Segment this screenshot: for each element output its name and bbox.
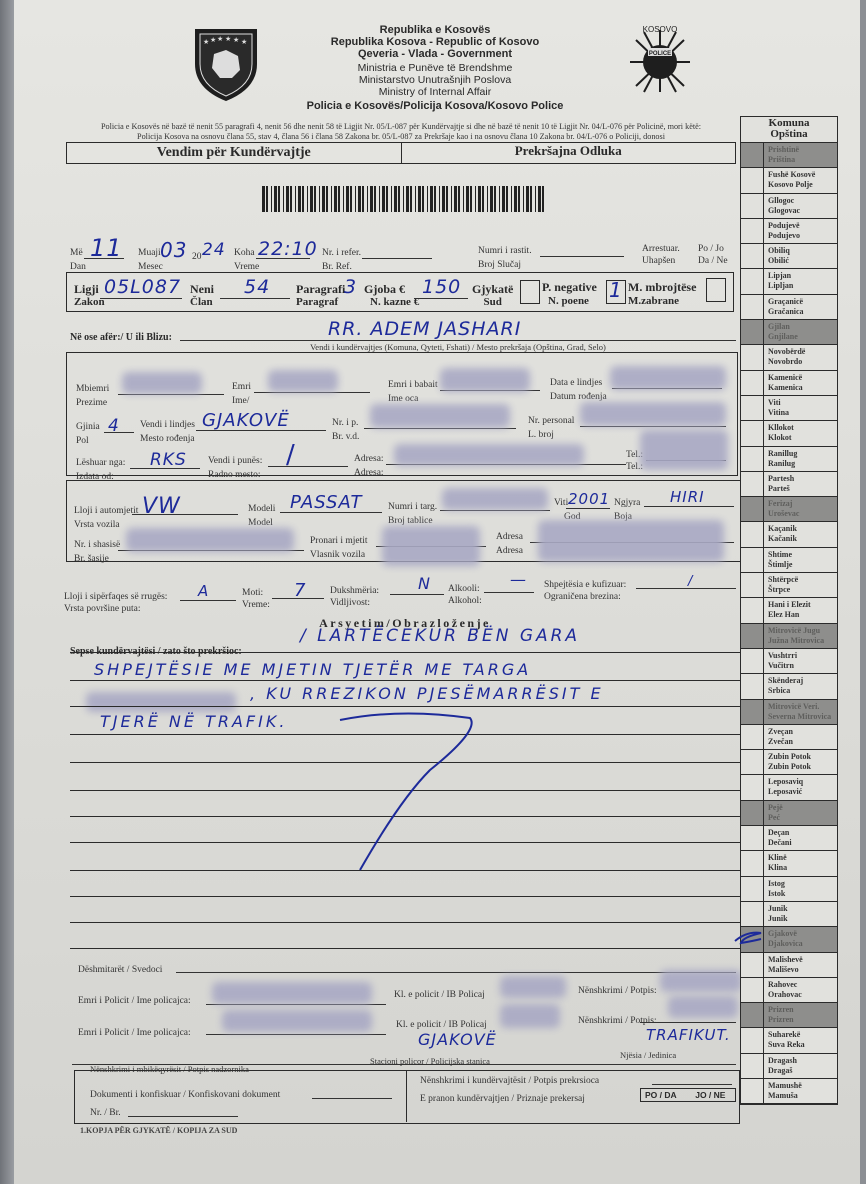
- address-label-sr: Adresa:: [354, 468, 384, 478]
- time-label: Koha: [234, 248, 259, 258]
- municipality-checkbox[interactable]: [741, 421, 764, 445]
- id-card-field[interactable]: [364, 428, 516, 429]
- municipality-checkbox[interactable]: [741, 851, 764, 875]
- speed-limit-label: Shpejtësia e kufizuar:: [544, 580, 626, 590]
- court-label-sr: Sud: [472, 296, 513, 308]
- workplace-label: Vendi i punës:: [208, 456, 262, 466]
- municipality-name: GllogocGlogovac: [764, 194, 837, 218]
- municipality-name: KamenicëKamenica: [764, 371, 837, 395]
- law-value[interactable]: 05L087: [104, 276, 181, 298]
- municipality-item[interactable]: GraçanicëGračanica: [741, 295, 837, 320]
- municipality-name: DeçanDečani: [764, 826, 837, 850]
- birthplace-label-sr: Mesto rođenja: [140, 434, 195, 444]
- doc-number-label: Nr. / Br.: [90, 1108, 121, 1118]
- doc-number-field[interactable]: [128, 1116, 238, 1117]
- location-caption: Vendi i kundërvajtjes (Komuna, Qyteti, F…: [180, 342, 736, 352]
- arrested-label-sr: Uhapšen: [642, 256, 680, 266]
- municipality-checkbox[interactable]: [741, 168, 764, 192]
- fine-label-sr: N. kazne €: [370, 296, 419, 308]
- municipality-name: FerizajUroševac: [764, 497, 837, 521]
- visibility-label-sr: Vidljivost:: [330, 598, 379, 608]
- municipality-name: SkënderajSrbica: [764, 674, 837, 698]
- municipality-checkbox[interactable]: [741, 624, 764, 648]
- police-station-label: Stacioni policor / Policijska stanica: [370, 1056, 490, 1066]
- municipality-item[interactable]: PejëPeć: [741, 801, 837, 826]
- municipality-checkbox[interactable]: [741, 775, 764, 799]
- case-number-label-sr: Broj Slučaj: [478, 260, 532, 270]
- personal-number-field[interactable]: [580, 426, 726, 427]
- weather-label-sr: Vreme:: [242, 600, 270, 610]
- gender-value[interactable]: 4: [108, 416, 120, 436]
- municipality-item[interactable]: KlinëKlina: [741, 851, 837, 876]
- municipality-checkbox[interactable]: [741, 573, 764, 597]
- plate-label-sr: Broj tablice: [388, 516, 437, 526]
- municipality-name: KllokotKlokot: [764, 421, 837, 445]
- municipality-name: PodujevëPodujevo: [764, 219, 837, 243]
- id-card-label: Nr. i p.: [332, 418, 359, 428]
- negative-points-mark: 1: [609, 278, 623, 302]
- municipality-name: LeposaviqLeposavić: [764, 775, 837, 799]
- municipality-checkbox[interactable]: [741, 877, 764, 901]
- chassis-label: Nr. i shasisë: [74, 540, 120, 550]
- municipality-checkbox[interactable]: [741, 522, 764, 546]
- svg-text:★: ★: [203, 38, 209, 46]
- ruled-line: [70, 680, 750, 681]
- municipality-item[interactable]: Hani i ElezitElez Han: [741, 598, 837, 623]
- municipality-name: Mitrovicë Veri.Severna Mitrovica: [764, 700, 837, 724]
- municipality-name: GraçanicëGračanica: [764, 295, 837, 319]
- municipality-name: LipjanLipljan: [764, 269, 837, 293]
- owner-address-label: Adresa: [496, 532, 523, 542]
- name-label-sr: Ime/: [232, 396, 251, 406]
- paragraph-label: Paragrafi: [296, 282, 345, 297]
- name-label: Emri: [232, 382, 251, 392]
- municipality-name: VushtrriVučitrn: [764, 649, 837, 673]
- ruled-line: [70, 922, 750, 923]
- model-label: Modeli: [248, 504, 275, 514]
- municipality-checkbox[interactable]: [741, 674, 764, 698]
- paragraph-label-sr: Paragraf: [296, 296, 345, 308]
- municipality-checkbox[interactable]: [741, 649, 764, 673]
- plate-field[interactable]: [440, 510, 550, 511]
- municipality-name: ObiliqObilić: [764, 244, 837, 268]
- officer1-name-field[interactable]: [206, 1004, 386, 1005]
- municipality-name: Fushë KosovëKosovo Polje: [764, 168, 837, 192]
- municipality-column: Komuna Opština PrishtinëPrištinaFushë Ko…: [740, 116, 838, 1105]
- municipality-item[interactable]: SuharekëSuva Reka: [741, 1028, 837, 1053]
- reasoning-line-4[interactable]: TJERË NË TRAFIK.: [100, 712, 287, 731]
- municipality-item[interactable]: LeposaviqLeposavić: [741, 775, 837, 800]
- officer1-signature-label: Nënshkrimi / Potpis:: [578, 986, 657, 996]
- case-number-field[interactable]: [540, 256, 624, 257]
- officer1-name-label: Emri i Policit / Ime policajca:: [78, 996, 191, 1006]
- header-police: Policia e Kosovës/Policija Kosova/Kosovo…: [280, 100, 590, 112]
- color-value[interactable]: HIRI: [670, 488, 705, 506]
- month-label-sr: Mesec: [138, 262, 163, 272]
- municipality-checkbox[interactable]: [741, 953, 764, 977]
- municipality-checkbox[interactable]: [741, 371, 764, 395]
- surname-label-sr: Prezime: [76, 398, 109, 408]
- municipality-checkbox[interactable]: [741, 902, 764, 926]
- municipality-item[interactable]: MalishevëMališevo: [741, 953, 837, 978]
- municipality-name: PrizrenPrizren: [764, 1003, 837, 1027]
- municipality-item[interactable]: DragashDragaš: [741, 1054, 837, 1079]
- arrested-options-sr: Da / Ne: [698, 256, 728, 266]
- model-value[interactable]: PASSAT: [290, 492, 362, 513]
- municipality-name: Zubin PotokZubin Potok: [764, 750, 837, 774]
- time-value[interactable]: 22:10: [258, 238, 318, 260]
- father-name-label: Emri i babait: [388, 380, 438, 390]
- header-ministry-sr: Ministarstvo Unutrašnjih Poslova: [280, 74, 590, 86]
- municipality-checkbox[interactable]: [741, 143, 764, 167]
- vehicle-type-label: Lloji i automjetit: [74, 506, 138, 516]
- negative-points-label: P. negative: [542, 280, 597, 295]
- ruled-line: [70, 948, 750, 949]
- header-ministry-sq: Ministria e Punëve të Brendshme: [280, 62, 590, 74]
- location-label: Në ose afër:/ U ili Blizu:: [70, 332, 172, 343]
- municipality-name: JunikJunik: [764, 902, 837, 926]
- header-government: Qeveria - Vlada - Government: [280, 48, 590, 60]
- municipality-item[interactable]: FerizajUroševac: [741, 497, 837, 522]
- offender-signature-field[interactable]: [652, 1084, 732, 1085]
- municipality-checkbox[interactable]: [741, 320, 764, 344]
- year-prefix: 20: [192, 252, 202, 262]
- year-value-vehicle[interactable]: 2001: [568, 490, 610, 508]
- alcohol-value[interactable]: —: [510, 570, 527, 589]
- birth-date-label: Data e lindjes: [550, 378, 607, 388]
- municipality-checkbox[interactable]: [741, 1003, 764, 1027]
- road-surface-value[interactable]: A: [198, 582, 209, 600]
- municipality-checkbox[interactable]: [741, 826, 764, 850]
- municipality-item[interactable]: GjilanGnjilane: [741, 320, 837, 345]
- header-ministry-en: Ministry of Internal Affair: [280, 86, 590, 98]
- birthplace-value[interactable]: GJAKOVË: [202, 410, 290, 431]
- model-label-sr: Model: [248, 518, 275, 528]
- court-checkbox[interactable]: [520, 280, 540, 304]
- municipality-item[interactable]: VitiVitina: [741, 396, 837, 421]
- municipality-checkbox[interactable]: [741, 345, 764, 369]
- location-value[interactable]: RR. ADEM JASHARI: [328, 318, 521, 340]
- weather-label: Moti:: [242, 588, 270, 598]
- alcohol-label: Alkooli:: [448, 584, 482, 594]
- svg-text:★: ★: [225, 35, 231, 43]
- admits-offense-options[interactable]: PO / DA JO / NE: [640, 1088, 736, 1102]
- municipality-item[interactable]: ObiliqObilić: [741, 244, 837, 269]
- municipality-item[interactable]: PrizrenPrizren: [741, 1003, 837, 1028]
- father-name-label-sr: Ime oca: [388, 394, 438, 404]
- municipality-name: KaçanikKačanik: [764, 522, 837, 546]
- municipality-checkbox[interactable]: [741, 396, 764, 420]
- municipality-checkbox[interactable]: [741, 269, 764, 293]
- vehicle-type-value[interactable]: VW: [142, 494, 181, 519]
- municipality-header-sr: Opština: [741, 129, 837, 140]
- municipality-name: ShtërpcëŠtrpce: [764, 573, 837, 597]
- speed-limit-label-sr: Ograničena brezina:: [544, 592, 626, 602]
- day-label: Më: [70, 248, 86, 258]
- birth-date-label-sr: Datum rođenja: [550, 392, 607, 402]
- article-label-sr: Član: [190, 296, 214, 308]
- municipality-checkbox[interactable]: [741, 447, 764, 471]
- officer2-signature-label: Nënshkrimi / Potpis:: [578, 1016, 657, 1026]
- negative-points-label-sr: N. poene: [548, 295, 597, 307]
- municipality-checkbox[interactable]: [741, 1079, 764, 1103]
- municipality-checkbox[interactable]: [741, 497, 764, 521]
- title-sr: Prekršajna Odluka: [402, 143, 736, 163]
- municipality-name: MalishevëMališevo: [764, 953, 837, 977]
- municipality-item[interactable]: PodujevëPodujevo: [741, 219, 837, 244]
- surname-field[interactable]: [118, 394, 224, 395]
- issued-by-label: Lëshuar nga:: [76, 458, 125, 468]
- ref-label: Nr. i refer.: [322, 248, 361, 258]
- municipality-item[interactable]: NovobërdëNovobrdo: [741, 345, 837, 370]
- protective-measure-label-sr: M.zabrane: [628, 295, 696, 307]
- municipality-item[interactable]: LipjanLipljan: [741, 269, 837, 294]
- page-shadow: [0, 0, 14, 1184]
- municipality-name: IstogIstok: [764, 877, 837, 901]
- speed-limit-value[interactable]: /: [688, 574, 693, 589]
- municipality-item[interactable]: KamenicëKamenica: [741, 371, 837, 396]
- owner-address-label-sr: Adresa: [496, 546, 523, 556]
- municipality-checkbox[interactable]: [741, 472, 764, 496]
- municipality-name: KlinëKlina: [764, 851, 837, 875]
- ruled-line: [70, 896, 750, 897]
- address-label: Adresa:: [354, 454, 384, 464]
- svg-text:★: ★: [210, 36, 216, 44]
- municipality-name: RanillugRanilug: [764, 447, 837, 471]
- court-label: Gjykatë: [472, 282, 513, 297]
- case-number-label: Numri i rastit.: [478, 246, 532, 256]
- municipality-item[interactable]: ShtërpcëŠtrpce: [741, 573, 837, 598]
- municipality-item[interactable]: ParteshParteš: [741, 472, 837, 497]
- article-label: Neni: [190, 282, 214, 297]
- svg-text:★: ★: [241, 38, 247, 46]
- municipality-item[interactable]: ShtimeŠtimlje: [741, 548, 837, 573]
- road-surface-label-sr: Vrsta površine puta:: [64, 604, 167, 614]
- municipality-item[interactable]: PrishtinëPriština: [741, 143, 837, 168]
- article-value[interactable]: 54: [244, 276, 270, 298]
- ruled-line: [70, 652, 750, 653]
- plate-label: Numri i targ.: [388, 502, 437, 512]
- municipality-name: VitiVitina: [764, 396, 837, 420]
- title-sq: Vendim për Kundërvajtje: [67, 143, 402, 163]
- protective-measure-label: M. mbrojtëse: [628, 280, 696, 295]
- header-republic-sq: Republika e Kosovës: [280, 24, 590, 36]
- workplace-label-sr: Radno mesto:: [208, 470, 262, 480]
- witnesses-field[interactable]: [176, 972, 736, 973]
- arrested-options: Po / Jo: [698, 244, 728, 254]
- svg-text:POLICE: POLICE: [649, 51, 671, 57]
- svg-text:★: ★: [217, 35, 223, 43]
- municipality-checkbox[interactable]: [741, 700, 764, 724]
- title-box: Vendim për Kundërvajtje Prekršajna Odluk…: [66, 142, 736, 164]
- municipality-checkbox[interactable]: [741, 244, 764, 268]
- municipality-name: NovobërdëNovobrdo: [764, 345, 837, 369]
- municipality-name: ZveçanZvečan: [764, 725, 837, 749]
- police-station-value[interactable]: GJAKOVË: [418, 1030, 497, 1049]
- id-card-label-sr: Br. v.d.: [332, 432, 359, 442]
- municipality-item[interactable]: GjakovëDjakovica: [741, 927, 837, 952]
- municipality-name: PejëPeć: [764, 801, 837, 825]
- municipality-name: MamushëMamuša: [764, 1079, 837, 1103]
- municipality-checkbox[interactable]: [741, 725, 764, 749]
- reasoning-line-1[interactable]: / LARTËCEKUR BËN GARA: [300, 626, 580, 646]
- municipality-item[interactable]: MamushëMamuša: [741, 1079, 837, 1104]
- ref-field[interactable]: [362, 258, 432, 259]
- municipality-item[interactable]: KllokotKlokot: [741, 421, 837, 446]
- municipality-checkbox[interactable]: [741, 548, 764, 572]
- issued-by-value[interactable]: RKS: [150, 450, 187, 470]
- header-republic: Republika Kosova - Republic of Kosovo: [280, 36, 590, 48]
- protective-measure-checkbox[interactable]: [706, 278, 726, 302]
- municipality-item[interactable]: IstogIstok: [741, 877, 837, 902]
- surname-label: Mbiemri: [76, 384, 109, 394]
- officer1-id-label: Kl. e policit / IB Policaj: [394, 990, 485, 1000]
- gender-label: Gjinia: [76, 422, 100, 432]
- legal-basis-sq: Policia e Kosovës në bazë të nenit 55 pa…: [56, 122, 746, 132]
- municipality-item[interactable]: GllogocGlogovac: [741, 194, 837, 219]
- municipality-name: DragashDragaš: [764, 1054, 837, 1078]
- municipality-checkbox[interactable]: [741, 1054, 764, 1078]
- road-surface-label: Lloji i sipërfaqes së rrugës:: [64, 592, 167, 602]
- color-label: Ngjyra: [614, 498, 640, 508]
- copy-note: 1.KOPJA PËR GJYKATË / KOPIJA ZA SUD: [80, 1126, 237, 1135]
- municipality-item[interactable]: DeçanDečani: [741, 826, 837, 851]
- officer2-name-label: Emri i Policit / Ime policajca:: [78, 1028, 191, 1038]
- municipality-item[interactable]: KaçanikKačanik: [741, 522, 837, 547]
- barcode: [260, 184, 550, 214]
- municipality-name: PrishtinëPriština: [764, 143, 837, 167]
- municipality-item[interactable]: RahovecOrahovac: [741, 978, 837, 1003]
- gender-label-sr: Pol: [76, 436, 100, 446]
- officer2-id-label: Kl. e policit / IB Policaj: [396, 1020, 487, 1030]
- visibility-label: Dukshmëria:: [330, 586, 379, 596]
- municipality-checkbox[interactable]: [741, 194, 764, 218]
- municipality-checkbox[interactable]: [741, 219, 764, 243]
- fine-label: Gjoba €: [364, 282, 419, 297]
- owner-label: Pronari i mjetit: [310, 536, 368, 546]
- reasoning-line-2[interactable]: SHPEJTËSIE ME MJETIN TJETËR ME TARGA: [94, 660, 531, 679]
- admits-offense-label: E pranon kundërvajtjen / Priznaje preker…: [420, 1094, 585, 1104]
- day-label-sr: Dan: [70, 262, 86, 272]
- municipality-checkbox[interactable]: [741, 927, 764, 951]
- kosovo-coat-of-arms-icon: ★★★★★★: [192, 26, 260, 102]
- municipality-checkbox[interactable]: [741, 801, 764, 825]
- municipality-item[interactable]: Mitrovicë Veri.Severna Mitrovica: [741, 700, 837, 725]
- municipality-item[interactable]: ZveçanZvečan: [741, 725, 837, 750]
- officer2-name-field[interactable]: [206, 1034, 386, 1035]
- municipality-name: ParteshParteš: [764, 472, 837, 496]
- visibility-value[interactable]: N: [418, 574, 431, 593]
- municipality-checkbox[interactable]: [741, 295, 764, 319]
- owner-label-sr: Vlasnik vozila: [310, 550, 368, 560]
- municipality-item[interactable]: VushtrriVučitrn: [741, 649, 837, 674]
- municipality-item[interactable]: Fushë KosovëKosovo Polje: [741, 168, 837, 193]
- confiscated-doc-field[interactable]: [312, 1098, 392, 1099]
- personal-number-label: Nr. personal: [528, 416, 574, 426]
- municipality-name: SuharekëSuva Reka: [764, 1028, 837, 1052]
- municipality-name: Mitrovicë JuguJužna Mitrovica: [764, 624, 837, 648]
- municipality-name: ShtimeŠtimlje: [764, 548, 837, 572]
- alcohol-label-sr: Alkohol:: [448, 596, 482, 606]
- fine-value[interactable]: 150: [422, 276, 461, 298]
- svg-text:KOSOVO: KOSOVO: [643, 25, 678, 34]
- birthplace-label: Vendi i lindjes: [140, 420, 195, 430]
- svg-text:★: ★: [233, 36, 239, 44]
- time-label-sr: Vreme: [234, 262, 259, 272]
- law-label: Ligji: [74, 282, 105, 297]
- municipality-checkbox[interactable]: [741, 978, 764, 1002]
- municipality-item[interactable]: Mitrovicë JuguJužna Mitrovica: [741, 624, 837, 649]
- ref-label-sr: Br. Ref.: [322, 262, 361, 272]
- municipality-name: GjilanGnjilane: [764, 320, 837, 344]
- unit-label: Njësia / Jedinica: [620, 1050, 676, 1060]
- name-field[interactable]: [254, 392, 370, 393]
- municipality-item[interactable]: RanillugRanilug: [741, 447, 837, 472]
- unit-value[interactable]: TRAFIKUT.: [646, 1026, 731, 1044]
- month-value[interactable]: 03: [160, 238, 187, 262]
- municipality-name: RahovecOrahovac: [764, 978, 837, 1002]
- municipality-item[interactable]: SkënderajSrbica: [741, 674, 837, 699]
- offender-signature-label: Nënshkrimi i kundërvajtësit / Potpis pre…: [420, 1076, 599, 1086]
- legal-basis-sr: Policija Kosova na osnovu člana 55, stav…: [56, 132, 746, 142]
- personal-number-label-sr: L. broj: [528, 430, 574, 440]
- municipality-checkbox[interactable]: [741, 1028, 764, 1052]
- municipality-checkbox[interactable]: [741, 598, 764, 622]
- kosovo-police-logo-icon: POLICE KOSOVO: [624, 22, 696, 94]
- arrested-label: Arrestuar.: [642, 244, 680, 254]
- pen-strike-mark: [280, 700, 500, 880]
- confiscated-doc-label: Dokumenti i konfiskuar / Konfiskovani do…: [90, 1090, 280, 1100]
- paragraph-value[interactable]: 3: [344, 276, 357, 298]
- municipality-name: Hani i ElezitElez Han: [764, 598, 837, 622]
- year-value[interactable]: 24: [202, 240, 226, 260]
- municipality-item[interactable]: JunikJunik: [741, 902, 837, 927]
- municipality-name: GjakovëDjakovica: [764, 927, 837, 951]
- witnesses-label: Dëshmitarët / Svedoci: [78, 965, 162, 975]
- municipality-checkbox[interactable]: [741, 750, 764, 774]
- chassis-label-sr: Br. šasije: [74, 554, 120, 564]
- municipality-item[interactable]: Zubin PotokZubin Potok: [741, 750, 837, 775]
